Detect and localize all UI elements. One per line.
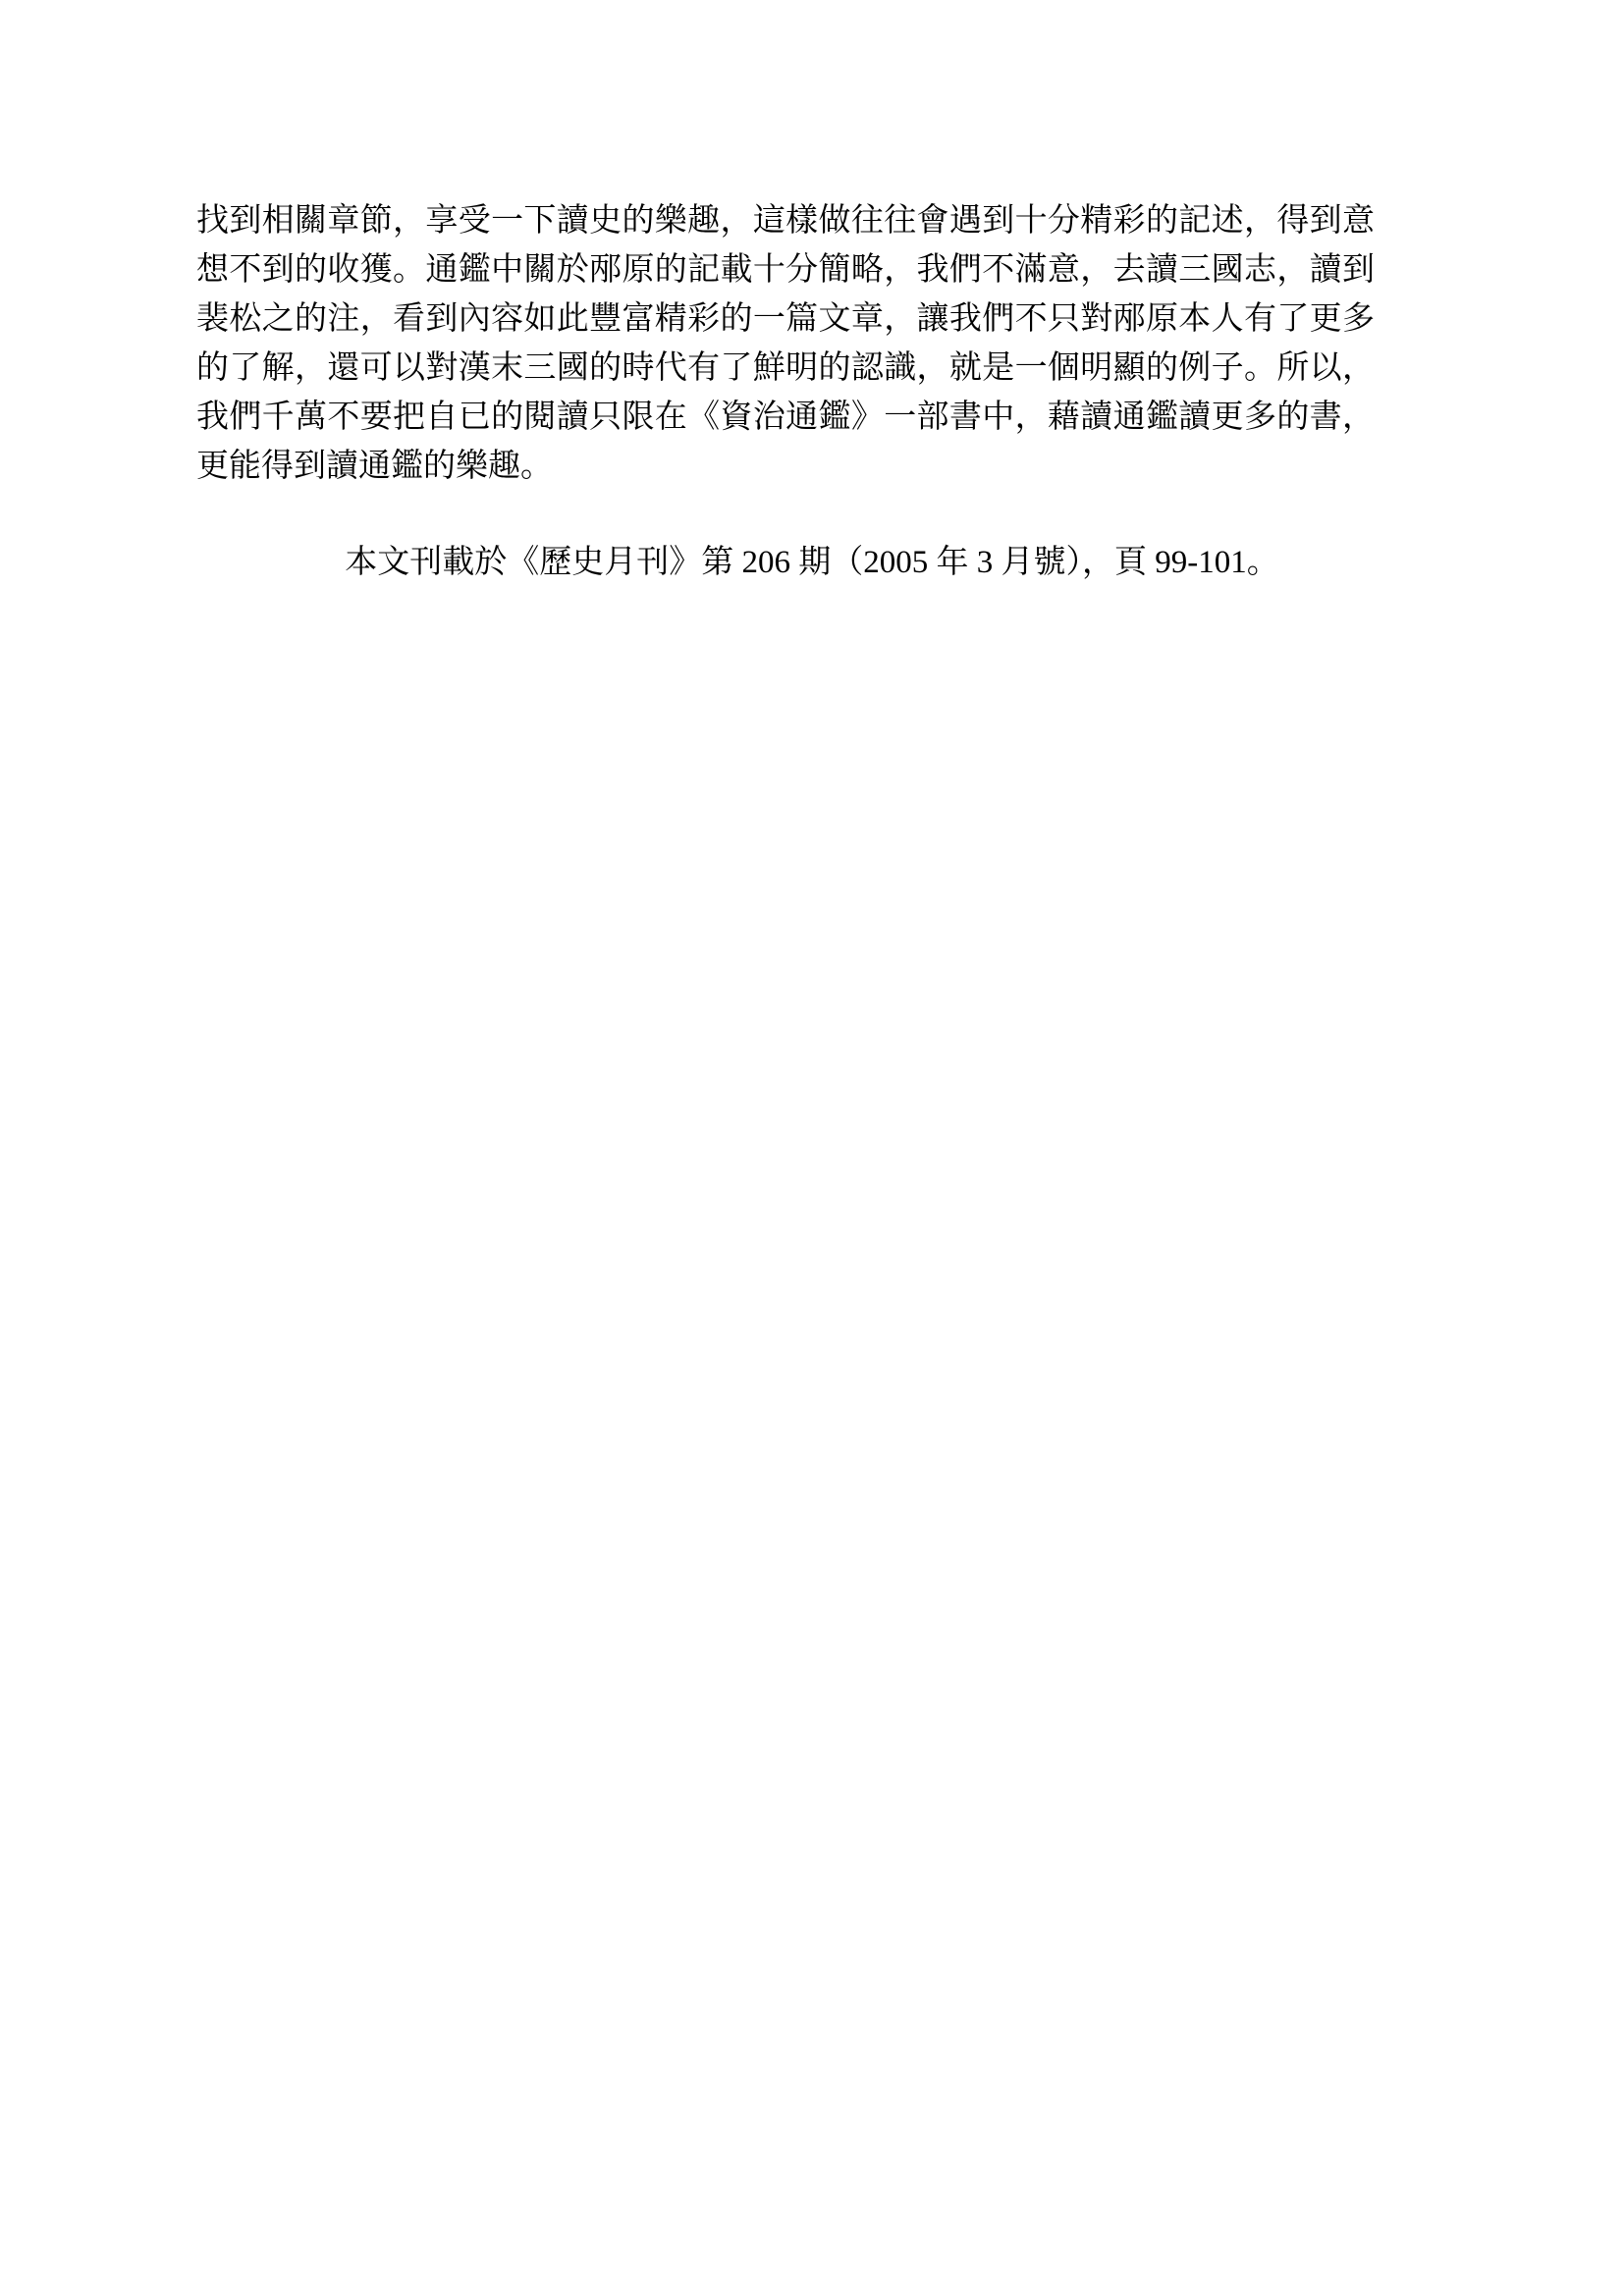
- paragraph-line: 裴松之的注，看到內容如此豐富精彩的一篇文章，讓我們不只對邴原本人有了更多: [196, 294, 1375, 344]
- paragraph-line: 想不到的收獲。通鑑中關於邴原的記載十分簡略，我們不滿意，去讀三國志，讀到: [196, 245, 1375, 294]
- citation-line: 本文刊載於《歷史月刊》第 206 期（2005 年 3 月號），頁 99-101…: [0, 538, 1624, 587]
- body-paragraph: 找到相關章節，享受一下讀史的樂趣，這樣做往往會遇到十分精彩的記述，得到意 想不到…: [196, 196, 1375, 491]
- document-page: 找到相關章節，享受一下讀史的樂趣，這樣做往往會遇到十分精彩的記述，得到意 想不到…: [0, 0, 1624, 2296]
- paragraph-line: 的了解，還可以對漢末三國的時代有了鮮明的認識，就是一個明顯的例子。所以，: [196, 344, 1375, 393]
- paragraph-line: 更能得到讀通鑑的樂趣。: [196, 442, 1375, 491]
- paragraph-line: 找到相關章節，享受一下讀史的樂趣，這樣做往往會遇到十分精彩的記述，得到意: [196, 196, 1375, 245]
- paragraph-line: 我們千萬不要把自已的閱讀只限在《資治通鑑》一部書中，藉讀通鑑讀更多的書，: [196, 393, 1375, 442]
